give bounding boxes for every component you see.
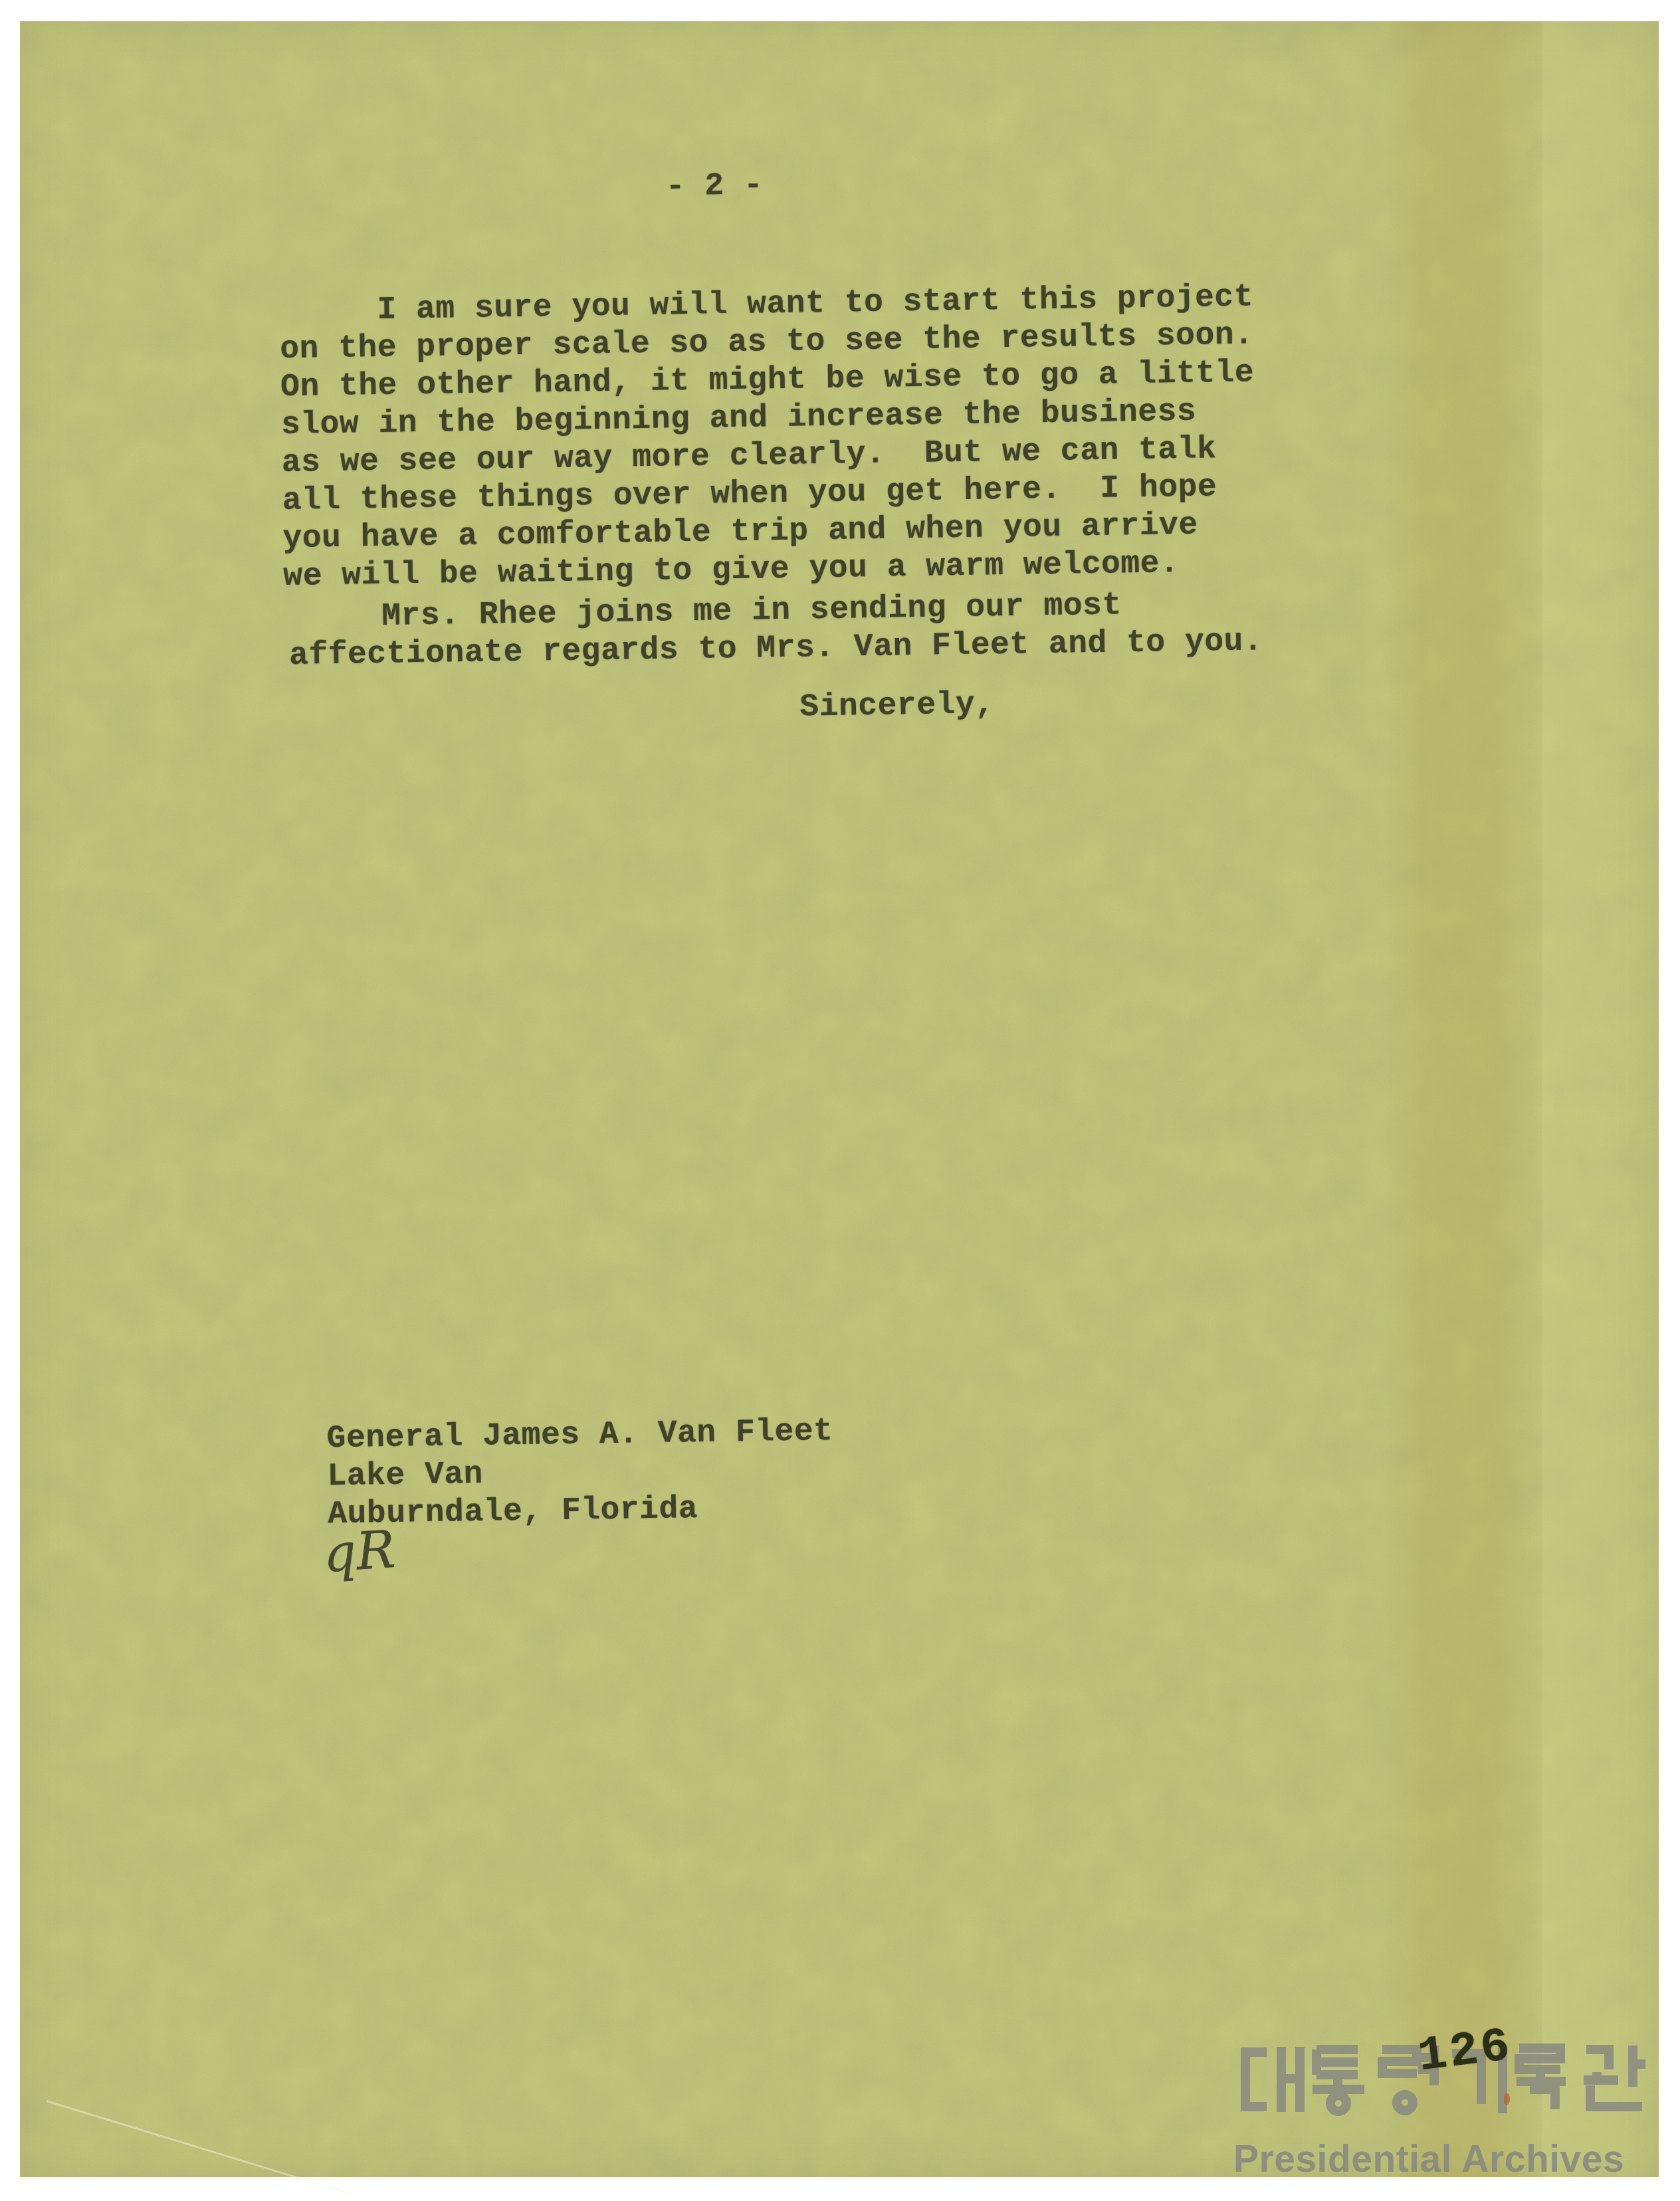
paragraph-1: I am sure you will want to start this pr…	[0, 0, 1663, 5]
red-ink-speck	[1504, 2093, 1510, 2105]
recipient-address-block: General James A. Van Fleet Lake Van Aubu…	[0, 0, 1663, 5]
scanned-letter-page: - 2 - I am sure you will want to start t…	[0, 0, 1680, 2201]
hangul-rok	[1517, 2048, 1566, 2109]
closing-sincerely: Sincerely,	[799, 688, 995, 723]
hangul-tong	[1312, 2049, 1364, 2111]
recipient-address-line: Lake Van	[327, 1459, 483, 1493]
typewritten-content: - 2 - I am sure you will want to start t…	[0, 0, 1680, 2201]
recipient-name-line: General James A. Van Fleet	[326, 1415, 833, 1455]
page-number-heading: - 2 -	[665, 169, 763, 203]
archival-page-number-stamp: 126	[1416, 2019, 1516, 2085]
typed-line: Mrs. Rhee joins me in sending our most	[381, 589, 1122, 633]
hangul-gwan	[1584, 2045, 1645, 2107]
hangul-dae	[1245, 2047, 1300, 2112]
watermark-english-label: Presidential Archives	[1233, 2137, 1624, 2181]
paragraph-2: Mrs. Rhee joins me in sending our most a…	[0, 0, 1663, 5]
handwritten-initials: qR	[321, 1520, 397, 1584]
